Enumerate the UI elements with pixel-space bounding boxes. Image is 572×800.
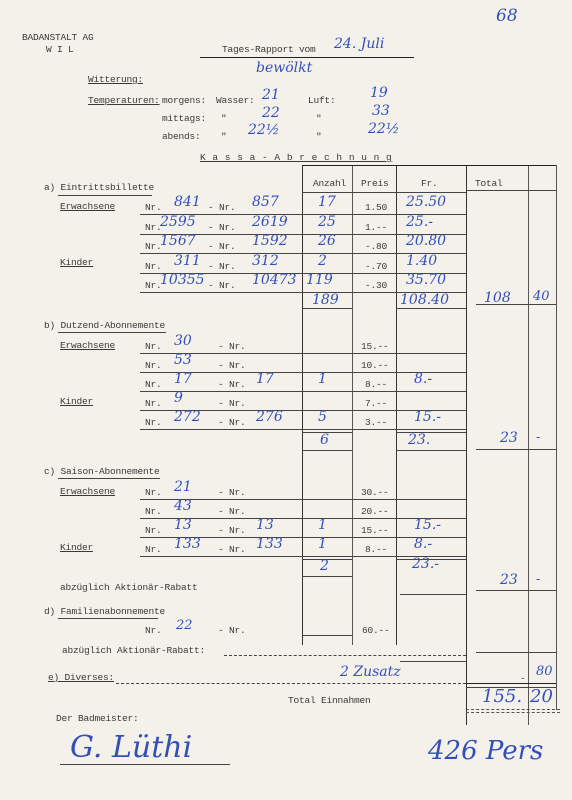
grid-line — [476, 449, 556, 450]
air-label: Luft: — [308, 95, 336, 106]
ticket-price: 30.-- — [361, 487, 389, 498]
section-d-label: d) Familienabonnemente — [44, 606, 165, 617]
total-rp-b: - — [536, 430, 540, 445]
grid-line — [466, 165, 467, 725]
ticket-from: 2595 — [160, 214, 196, 230]
grid-line — [528, 165, 529, 725]
discount-label-d: abzüglich Aktionär-Rabatt: — [62, 645, 205, 656]
grid-line — [302, 576, 352, 577]
signature-line — [60, 764, 230, 765]
col-fr: Fr. — [421, 178, 438, 189]
grid-line — [476, 304, 556, 305]
weather-value: bewölkt — [256, 60, 312, 76]
grand-total-rp: 20 — [530, 686, 553, 707]
ditto-mark: " — [221, 131, 227, 142]
adults-label: Erwachsene — [60, 486, 115, 497]
ticket-fr: 25.50 — [406, 194, 446, 210]
ticket-price: 7.-- — [365, 398, 387, 409]
total-rp-c: - — [536, 572, 540, 587]
section-a-label: a) Eintrittsbillette — [44, 182, 154, 193]
ticket-price: 8.-- — [365, 544, 387, 555]
fill-line — [116, 683, 466, 684]
temp-evening-water: 22½ — [248, 122, 279, 138]
grid-line — [302, 165, 303, 645]
nr-label: Nr. — [145, 625, 162, 636]
ticket-count: 26 — [318, 233, 336, 249]
grid-line — [476, 590, 556, 591]
grid-line — [302, 192, 466, 193]
nr-label: Nr. — [145, 487, 162, 498]
ticket-fr: 20.80 — [406, 233, 446, 249]
total-fr-c: 23 — [500, 572, 518, 588]
ticket-count: 1 — [318, 371, 327, 387]
ticket-to: 312 — [252, 253, 279, 269]
ticket-to: 276 — [256, 409, 283, 425]
nr-sep: - Nr. — [208, 261, 236, 272]
col-total: Total — [475, 178, 503, 189]
temp-evening-air: 22½ — [368, 121, 399, 137]
children-label: Kinder — [60, 257, 93, 268]
col-preis: Preis — [361, 178, 389, 189]
company-city: W I L — [46, 44, 74, 55]
row-line — [140, 391, 466, 392]
grand-total-label: Total Einnahmen — [288, 695, 371, 706]
section-e-label: e) Diverses: — [48, 672, 114, 683]
adults-label: Erwachsene — [60, 340, 115, 351]
ticket-price: 15.-- — [361, 525, 389, 536]
temp-morning-label: morgens: — [162, 95, 206, 106]
sum-fr-c: 23.- — [412, 556, 439, 572]
sum-count-a: 189 — [312, 292, 339, 308]
temp-morning-air: 19 — [370, 85, 388, 101]
row-line — [140, 429, 466, 430]
nr-label: Nr. — [145, 341, 162, 352]
ticket-fr: 15.- — [414, 409, 441, 425]
nr-label: Nr. — [145, 398, 162, 409]
temp-noon-label: mittags: — [162, 113, 206, 124]
underline — [58, 478, 160, 479]
nr-label: Nr. — [145, 525, 162, 536]
nr-label: Nr. — [145, 544, 162, 555]
ticket-fr: 15.- — [414, 517, 441, 533]
nr-label: Nr. — [145, 261, 162, 272]
ticket-from: 53 — [174, 352, 192, 368]
nr-sep: - Nr. — [218, 379, 246, 390]
ditto-mark: " — [316, 113, 322, 124]
temp-evening-label: abends: — [162, 131, 201, 142]
ticket-from: 841 — [174, 194, 201, 210]
nr-sep: - Nr. — [218, 417, 246, 428]
grid-line — [352, 165, 353, 645]
grid-line — [302, 165, 556, 166]
ticket-from: 17 — [174, 371, 192, 387]
company-name: BADANSTALT AG — [22, 32, 94, 43]
grand-total-fr: 155. — [482, 686, 522, 707]
nr-label: Nr. — [145, 379, 162, 390]
ticket-price: 15.-- — [361, 341, 389, 352]
grid-line — [302, 635, 352, 636]
nr-sep: - Nr. — [208, 202, 236, 213]
grid-line — [400, 661, 466, 662]
section-c-label: c) Saison-Abonnemente — [44, 466, 160, 477]
grid-line — [302, 308, 352, 309]
signature: G. Lüthi — [70, 730, 192, 765]
ticket-count: 1 — [318, 536, 327, 552]
ticket-to: 17 — [256, 371, 274, 387]
nr-sep: - Nr. — [218, 525, 246, 536]
ticket-to: 133 — [256, 536, 283, 552]
section-b-label: b) Dutzend-Abonnemente — [44, 320, 165, 331]
temperatures-label: Temperaturen: — [88, 95, 160, 106]
nr-label: Nr. — [145, 360, 162, 371]
ticket-count: 25 — [318, 214, 336, 230]
children-label: Kinder — [60, 396, 93, 407]
ticket-from: 9 — [174, 390, 183, 406]
nr-label: Nr. — [145, 417, 162, 428]
visitors-note: 426 Pers — [428, 736, 543, 766]
sum-count-c: 2 — [320, 558, 329, 574]
total-rp-a: 40 — [533, 289, 550, 304]
ticket-count: 2 — [318, 253, 327, 269]
ticket-from: 272 — [174, 409, 201, 425]
nr-label: Nr. — [145, 506, 162, 517]
double-underline — [466, 709, 560, 713]
nr-sep: - Nr. — [208, 280, 236, 291]
underline — [58, 195, 152, 196]
ditto-mark: " — [221, 113, 227, 124]
nr-label: Nr. — [145, 202, 162, 213]
ticket-price: -.80 — [365, 241, 387, 252]
sum-fr-a: 108.40 — [400, 292, 449, 308]
report-underline — [200, 57, 414, 58]
col-anzahl: Anzahl — [313, 178, 346, 189]
ticket-count: 1 — [318, 517, 327, 533]
adults-label: Erwachsene — [60, 201, 115, 212]
underline — [58, 618, 158, 619]
ticket-from: 1567 — [160, 233, 196, 249]
nr-sep: - Nr. — [208, 222, 236, 233]
water-label: Wasser: — [216, 95, 255, 106]
signature-label: Der Badmeister: — [56, 713, 139, 724]
ticket-price: 8.-- — [365, 379, 387, 390]
sum-count-b: 6 — [320, 432, 329, 448]
grid-line — [556, 165, 557, 710]
underline — [58, 332, 166, 333]
ticket-to: 10473 — [252, 272, 297, 288]
ticket-price: 1.50 — [365, 202, 387, 213]
ticket-fr: 8.- — [414, 536, 432, 552]
children-label: Kinder — [60, 542, 93, 553]
nr-sep: - Nr. — [218, 544, 246, 555]
ticket-from: 311 — [174, 253, 201, 269]
ticket-count: 5 — [318, 409, 327, 425]
nr-sep: - Nr. — [218, 398, 246, 409]
temp-morning-water: 21 — [262, 87, 280, 103]
ticket-from: 21 — [174, 479, 192, 495]
grid-line — [400, 594, 466, 595]
ticket-to: 1592 — [252, 233, 288, 249]
ditto-mark: " — [316, 131, 322, 142]
d-from: 22 — [176, 618, 193, 633]
ticket-from: 43 — [174, 498, 192, 514]
ticket-from: 10355 — [160, 272, 205, 288]
ticket-to: 857 — [252, 194, 279, 210]
discount-label-c: abzüglich Aktionär-Rabatt — [60, 582, 198, 593]
ticket-fr: 8.- — [414, 371, 432, 387]
nr-sep: - Nr. — [218, 360, 246, 371]
ticket-fr: 1.40 — [406, 253, 437, 269]
ticket-fr: 25.- — [406, 214, 433, 230]
grid-line — [466, 190, 556, 191]
ticket-price: -.30 — [365, 280, 387, 291]
temp-noon-air: 33 — [372, 103, 390, 119]
report-date: 24. Juli — [334, 36, 384, 52]
weather-label: Witterung: — [88, 74, 143, 85]
ticket-to: 13 — [256, 517, 274, 533]
ticket-price: 3.-- — [365, 417, 387, 428]
grid-line — [476, 652, 556, 653]
ticket-count: 119 — [306, 272, 333, 288]
grid-line — [396, 308, 466, 309]
page-number: 68 — [496, 6, 518, 26]
diverses-value: 2 Zusatz — [340, 664, 401, 680]
d-price: 60.-- — [362, 625, 390, 636]
ticket-price: -.70 — [365, 261, 387, 272]
grid-line — [396, 165, 397, 645]
nr-sep: - Nr. — [218, 625, 246, 636]
ticket-count: 17 — [318, 194, 336, 210]
temp-noon-water: 22 — [262, 105, 280, 121]
total-fr-b: 23 — [500, 430, 518, 446]
ticket-price: 20.-- — [361, 506, 389, 517]
ticket-from: 13 — [174, 517, 192, 533]
grid-line — [396, 432, 466, 433]
ticket-to: 2619 — [252, 214, 288, 230]
ticket-price: 1.-- — [365, 222, 387, 233]
total-rp-e: 80 — [536, 664, 553, 679]
nr-sep: - Nr. — [218, 341, 246, 352]
nr-sep: - Nr. — [218, 487, 246, 498]
ticket-from: 30 — [174, 333, 192, 349]
grid-line — [302, 450, 352, 451]
fill-line — [224, 655, 466, 656]
grid-line — [396, 450, 466, 451]
cash-title: K a s s a - A b r e c h n u n g — [200, 152, 392, 163]
report-label: Tages-Rapport vom — [222, 44, 316, 55]
sum-fr-b: 23. — [408, 432, 430, 448]
nr-sep: - Nr. — [218, 506, 246, 517]
ticket-fr: 35.70 — [406, 272, 446, 288]
ticket-from: 133 — [174, 536, 201, 552]
nr-sep: - Nr. — [208, 241, 236, 252]
grid-line — [466, 683, 556, 684]
ticket-price: 10.-- — [361, 360, 389, 371]
